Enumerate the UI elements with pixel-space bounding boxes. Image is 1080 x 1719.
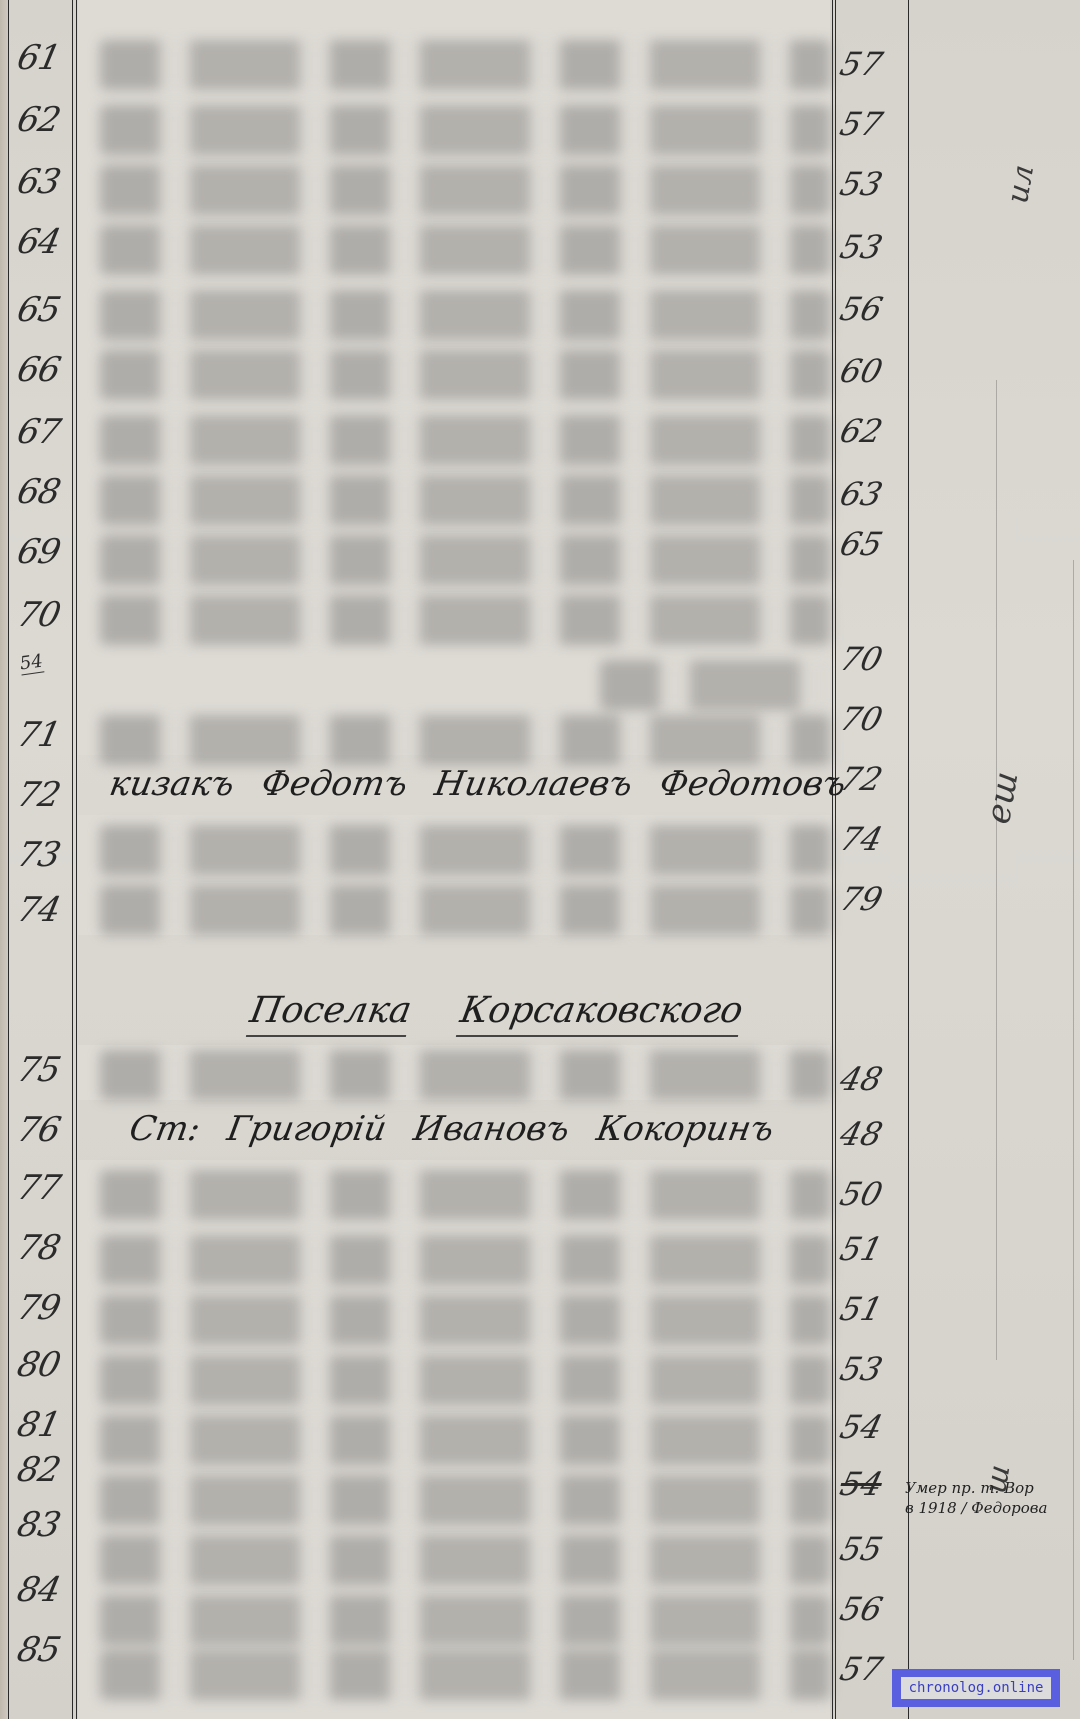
age-value: 57	[836, 45, 909, 83]
heading-word: Поселка	[246, 990, 415, 1037]
rule-line	[76, 0, 77, 1719]
row-number: 83	[14, 1505, 79, 1545]
age-value: 50	[836, 1175, 909, 1213]
age-value: 55	[836, 1530, 909, 1568]
entry-word: Федотъ	[258, 764, 410, 804]
watermark: chronolog.online	[892, 1669, 1060, 1707]
row-number: 61	[14, 38, 79, 78]
row-number: 73	[14, 835, 79, 875]
redacted-entry	[100, 415, 830, 465]
row-number: 84	[14, 1570, 79, 1610]
row-number: 78	[14, 1228, 79, 1268]
age-value: 54	[836, 1408, 909, 1446]
row-number: 76	[14, 1110, 79, 1150]
redacted-entry	[100, 535, 830, 585]
entry-word: кизакъ	[106, 764, 237, 804]
row-number: 70	[14, 595, 79, 635]
entry-word: Николаевъ	[432, 764, 636, 804]
age-value: 62	[836, 412, 909, 450]
row-number: 68	[14, 472, 79, 512]
redacted-entry	[100, 1355, 830, 1405]
redacted-entry	[100, 885, 830, 935]
margin-note: 54	[19, 651, 45, 676]
age-value: 53	[836, 1350, 909, 1388]
age-value: 48	[836, 1060, 909, 1098]
row-number: 65	[14, 290, 79, 330]
row-number: 63	[14, 162, 79, 202]
annotation-line: в 1918 / Федорова	[905, 1498, 1075, 1518]
row-number: 75	[14, 1050, 79, 1090]
age-value: 57	[836, 105, 909, 143]
age-value: 74	[836, 820, 909, 858]
row-number: 62	[14, 100, 79, 140]
redacted-entry	[100, 825, 830, 875]
redacted-entry	[100, 225, 830, 275]
section-heading: Поселка Корсаковского	[246, 990, 814, 1037]
age-value: 51	[836, 1230, 909, 1268]
redacted-entry	[100, 1595, 830, 1645]
redacted-entry	[100, 40, 830, 90]
redacted-entry	[100, 1050, 830, 1100]
margin-mark: ил	[1000, 162, 1041, 206]
heading-word: Корсаковского	[456, 990, 746, 1037]
redacted-entry	[100, 105, 830, 155]
redacted-entry	[100, 1170, 830, 1220]
redacted-entry	[100, 290, 830, 340]
faint-rule-line	[996, 380, 997, 1360]
row-number: 66	[14, 350, 79, 390]
row-number: 80	[14, 1345, 79, 1385]
age-value: 79	[836, 880, 909, 918]
redacted-entry	[100, 165, 830, 215]
register-entry-72: кизакъ Федотъ Николаевъ Федотовъ	[105, 755, 835, 813]
document-page: 61 62 63 64 65 66 67 68 69 70 71 72 73 7…	[0, 0, 1080, 1719]
redacted-entry	[600, 660, 830, 710]
rule-line	[832, 0, 833, 1719]
age-value: 53	[836, 165, 909, 203]
age-value: 51	[836, 1290, 909, 1328]
entry-word: Федотовъ	[657, 764, 850, 804]
age-value: 56	[836, 1590, 909, 1628]
watermark-text: chronolog.online	[901, 1677, 1052, 1699]
row-number-column: 61 62 63 64 65 66 67 68 69 70 71 72 73 7…	[8, 0, 72, 1719]
row-number: 67	[14, 412, 79, 452]
age-value: 70	[836, 640, 909, 678]
redacted-entry	[100, 475, 830, 525]
page-edge	[0, 0, 8, 1719]
annotation-line: Умер пр. т. Вор	[905, 1478, 1075, 1498]
redacted-entry	[100, 350, 830, 400]
entry-word: Ст:	[126, 1109, 203, 1149]
row-number: 79	[14, 1288, 79, 1328]
margin-mark: еш	[978, 768, 1026, 826]
death-annotation: Умер пр. т. Вор в 1918 / Федорова	[905, 1478, 1075, 1518]
redacted-entry	[100, 1235, 830, 1285]
age-value: 63	[836, 475, 909, 513]
row-number: 72	[14, 775, 79, 815]
age-column: 57 57 53 53 56 60 62 63 65 70 70 72 74 7…	[835, 0, 910, 1719]
age-value: 53	[836, 228, 909, 266]
row-number: 64	[14, 222, 79, 262]
redacted-entry	[100, 1475, 830, 1525]
register-entry-76: Ст: Григорiй Ивановъ Кокоринъ	[125, 1100, 855, 1158]
redacted-entry	[100, 1535, 830, 1585]
row-number: 81	[14, 1405, 79, 1445]
age-value: 72	[836, 760, 909, 798]
entry-word: Ивановъ	[411, 1109, 573, 1149]
row-number: 69	[14, 532, 79, 572]
redacted-entry	[100, 1295, 830, 1345]
age-value: 48	[836, 1115, 909, 1153]
age-value: 65	[836, 525, 909, 563]
redacted-entry	[100, 1415, 830, 1465]
redacted-entry	[100, 1650, 830, 1700]
entry-word: Кокоринъ	[594, 1109, 777, 1149]
row-number: 82	[14, 1450, 79, 1490]
age-value: 70	[836, 700, 909, 738]
row-number: 77	[14, 1168, 79, 1208]
age-value: 60	[836, 352, 909, 390]
age-value: 56	[836, 290, 909, 328]
entry-word: Григорiй	[224, 1109, 389, 1149]
redacted-entry	[100, 595, 830, 645]
row-number: 74	[14, 890, 79, 930]
row-number: 85	[14, 1630, 79, 1670]
age-value-struck: 54	[836, 1465, 909, 1503]
row-number: 71	[14, 715, 79, 755]
